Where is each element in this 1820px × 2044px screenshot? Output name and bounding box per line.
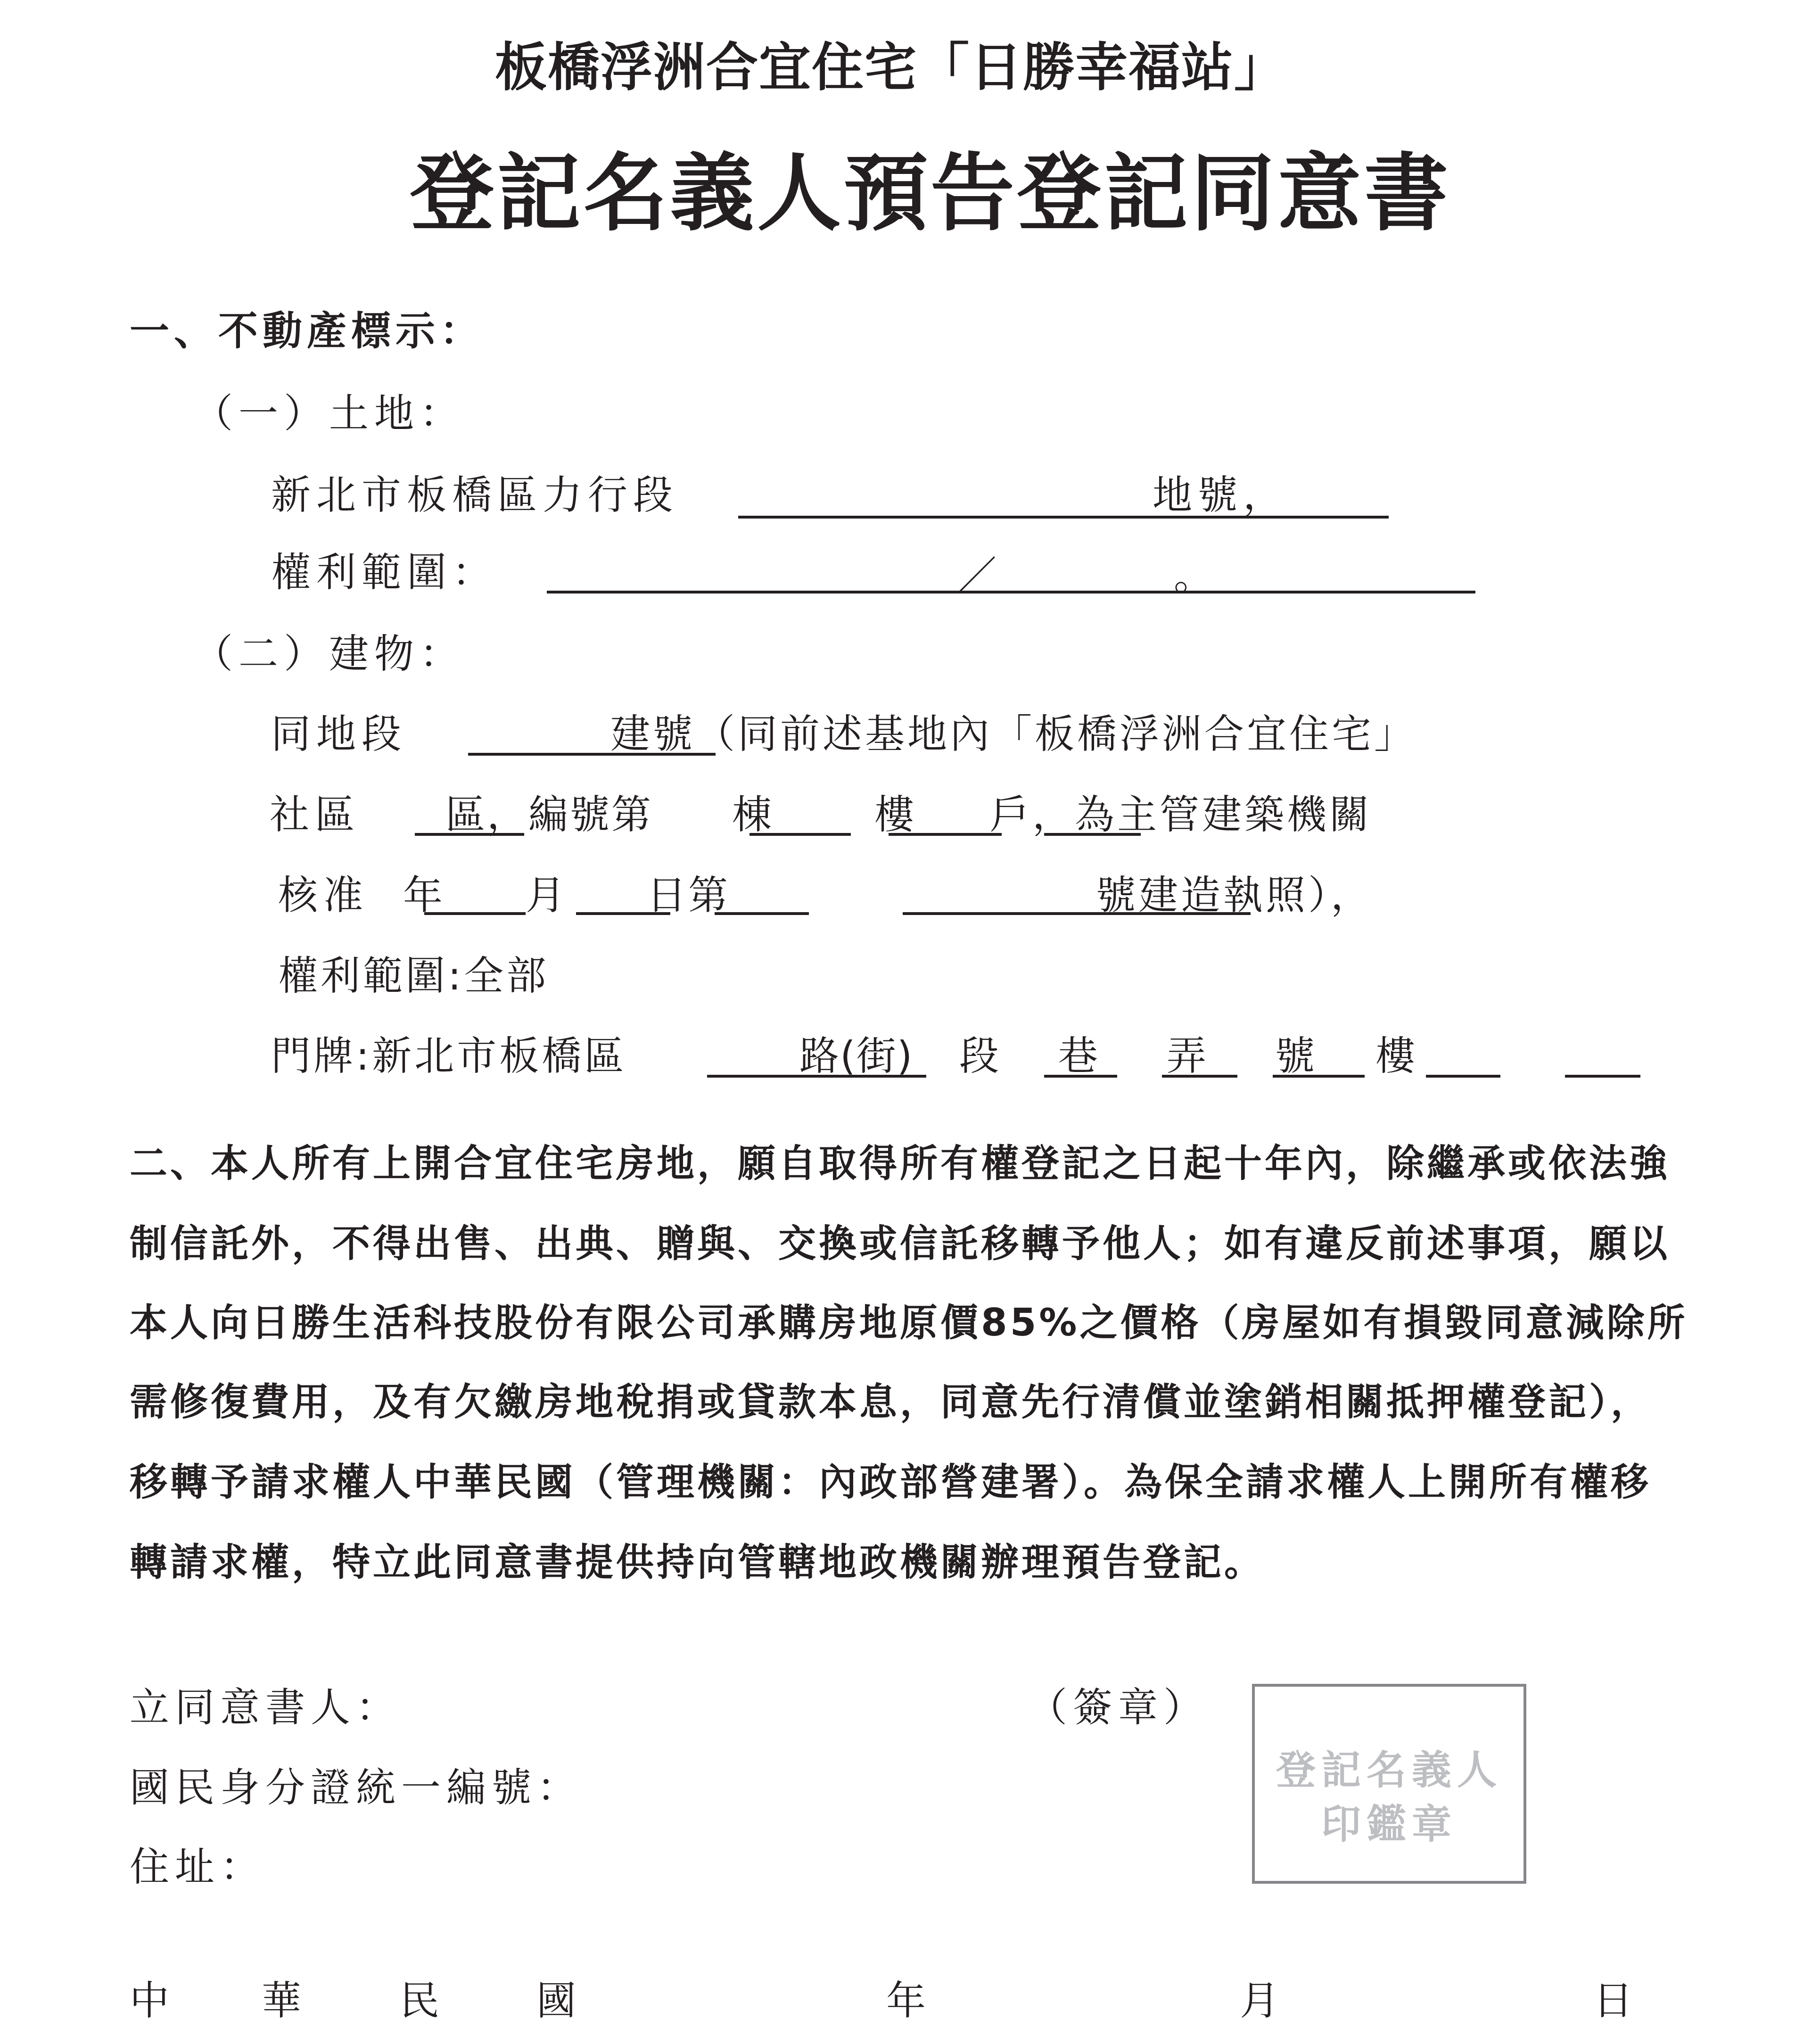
land-address-prefix: 新北市板橋區力行段 — [271, 475, 678, 515]
land-lot-number-field[interactable] — [738, 516, 1389, 519]
stamp-text-line2: 印鑑章 — [1255, 1793, 1524, 1850]
section2-line-1: 二、本人所有上開合宜住宅房地，願自取得所有權登記之日起十年內，除繼承或依法強 — [130, 1145, 1670, 1182]
door-road: 路(街) — [799, 1036, 914, 1076]
building-line3-year: 年 — [403, 875, 448, 915]
date-char-min: 民 — [400, 1981, 445, 2020]
building-unit-field[interactable] — [1044, 833, 1141, 836]
building-line3-permit: 號建造執照）， — [1096, 875, 1373, 915]
date-char-guo: 國 — [536, 1981, 582, 2020]
date-year-label: 年 — [886, 1981, 931, 2020]
building-line1-suffix: 建號（同前述基地內「板橋浮洲合宜住宅」 — [610, 714, 1416, 754]
section2-line-6: 轉請求權，特立此同意書提供持向管轄地政機關辦理預告登記。 — [130, 1543, 1265, 1581]
seal-stamp-box[interactable]: 登記名義人 印鑑章 — [1252, 1684, 1526, 1884]
section2-line-2: 制信託外，不得出售、出典、贈與、交換或信託移轉予他人；如有違反前述事項，願以 — [130, 1225, 1670, 1262]
id-number-label: 國民身分證統一編號： — [130, 1768, 582, 1807]
seal-label: （簽章） — [1028, 1688, 1209, 1727]
building-rights: 權利範圍:全部 — [278, 956, 549, 996]
permit-day-field[interactable] — [715, 912, 809, 915]
land-rights-label: 權利範圍： — [271, 552, 497, 592]
date-char-hua: 華 — [262, 1981, 307, 2020]
door-alley: 弄 — [1167, 1036, 1212, 1076]
door-extra-field[interactable] — [1565, 1075, 1640, 1078]
permit-year-field[interactable] — [424, 912, 526, 915]
door-floor-field[interactable] — [1426, 1075, 1500, 1078]
date-day-label: 日 — [1593, 1981, 1639, 2020]
document-subtitle: 板橋浮洲合宜住宅「日勝幸福站」 — [495, 41, 1287, 93]
building-heading: （二）建物： — [193, 634, 465, 674]
building-line2-tower: 棟 — [732, 795, 777, 834]
building-line1-prefix: 同地段 — [271, 714, 407, 754]
date-month-label: 月 — [1240, 1981, 1285, 2020]
land-rights-period: 。 — [1174, 556, 1219, 596]
land-rights-field[interactable] — [547, 591, 1475, 593]
section2-line-3: 本人向日勝生活科技股份有限公司承購房地原價85%之價格（房屋如有損毀同意減除所 — [130, 1304, 1688, 1342]
building-line2-unit: 戶，為主管建築機關 — [990, 795, 1372, 834]
section2-line-5: 移轉予請求權人中華民國（管理機關：內政部營建署）。為保全請求權人上開所有權移 — [130, 1463, 1651, 1501]
door-section: 段 — [959, 1036, 1005, 1076]
consenter-label: 立同意書人： — [130, 1688, 401, 1727]
land-lot-suffix: 地號， — [1153, 475, 1288, 515]
document-title: 登記名義人預告登記同意書 — [410, 152, 1451, 236]
land-rights-slash: ／ — [957, 556, 1002, 596]
building-line2-community: 社區 — [270, 795, 360, 834]
building-line3-approved: 核准 — [278, 875, 369, 915]
date-char-zhong: 中 — [130, 1981, 175, 2020]
door-lane: 巷 — [1058, 1036, 1104, 1076]
door-number: 號 — [1275, 1036, 1320, 1076]
building-tower-field[interactable] — [749, 833, 851, 836]
door-floor: 樓 — [1375, 1036, 1421, 1076]
door-prefix: 門牌:新北市板橋區 — [271, 1036, 626, 1076]
section2-line-4: 需修復費用，及有欠繳房地稅捐或貸款本息，同意先行清償並塗銷相關抵押權登記）， — [130, 1383, 1651, 1421]
building-floor-field[interactable] — [889, 833, 1002, 836]
section1-heading: 一、不動產標示： — [130, 311, 484, 351]
building-line2-floor: 樓 — [874, 795, 920, 834]
building-line3-month: 月 — [526, 875, 571, 915]
stamp-text-line1: 登記名義人 — [1255, 1739, 1524, 1796]
building-line3-day: 日第 — [647, 875, 730, 915]
address-label: 住址： — [130, 1847, 265, 1887]
building-line2-zone: 區，編號第 — [445, 795, 653, 834]
land-heading: （一）土地： — [193, 394, 465, 433]
